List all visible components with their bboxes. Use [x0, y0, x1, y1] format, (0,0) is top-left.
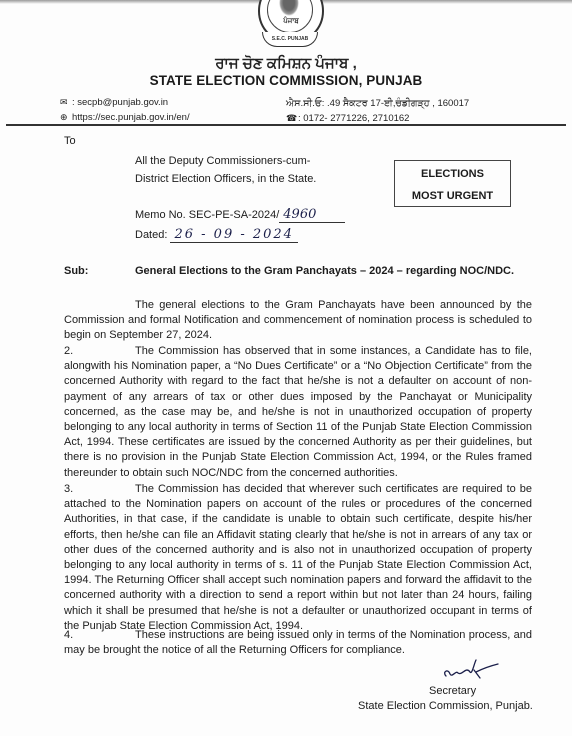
email-link[interactable]: : secpb@punjab.gov.in	[72, 97, 168, 108]
paragraph-4-number: 4.	[64, 628, 135, 643]
letter-page: ਪੰਜਾਬ S.E.C. PUNJAB ਰਾਜ ਚੋਣ ਕਮਿਸ਼ਨ ਪੰਜਾਬ…	[0, 0, 572, 736]
emblem-ribbon: S.E.C. PUNJAB	[262, 32, 318, 47]
priority-box: ELECTIONS MOST URGENT	[394, 160, 511, 207]
paragraph-1: The general elections to the Gram Pancha…	[64, 298, 532, 344]
address: ਐਸ.ਸੀ.ਓ: .49 ਸੈਕਟਰ 17-ਈ,ਚੰਡੀਗੜ੍ਹ , 16001…	[286, 96, 469, 111]
paragraph-1-text: The general elections to the Gram Pancha…	[64, 299, 532, 341]
signature	[440, 656, 500, 682]
paragraph-2: 2.The Commission has observed that in so…	[64, 344, 532, 481]
subject-label: Sub:	[64, 265, 88, 277]
email-row: ✉: secpb@punjab.gov.in	[60, 95, 190, 110]
addressee-line-2: District Election Officers, in the State…	[135, 170, 316, 188]
globe-icon: ⊕	[60, 110, 72, 125]
paragraph-4: 4.These instructions are being issued on…	[64, 628, 532, 658]
subject-text: General Elections to the Gram Panchayats…	[135, 265, 514, 277]
lion-capital-icon	[279, 0, 299, 16]
website-link[interactable]: https://sec.punjab.gov.in/en/	[72, 112, 190, 123]
title-english: STATE ELECTION COMMISSION, PUNJAB	[0, 73, 572, 88]
envelope-icon: ✉	[60, 95, 72, 110]
signatory-org: State Election Commission, Punjab.	[358, 700, 533, 712]
paragraph-3-number: 3.	[64, 482, 135, 497]
paragraph-3: 3.The Commission has decided that wherev…	[64, 482, 532, 634]
addressee: All the Deputy Commissioners-cum- Distri…	[135, 152, 316, 188]
priority-line-1: ELECTIONS	[395, 163, 510, 185]
memo-label: Memo No. SEC-PE-SA-2024/	[135, 209, 279, 221]
paragraph-4-text: These instructions are being issued only…	[64, 629, 532, 656]
signatory-title: Secretary	[429, 685, 476, 697]
dated-row: Dated: 26 - 09 - 2024	[135, 225, 345, 245]
header-divider	[6, 124, 566, 126]
memo-block: Memo No. SEC-PE-SA-2024/4960 Dated: 26 -…	[135, 205, 345, 245]
emblem-text: ਪੰਜਾਬ	[260, 18, 322, 26]
contact-right: ਐਸ.ਸੀ.ਓ: .49 ਸੈਕਟਰ 17-ਈ,ਚੰਡੀਗੜ੍ਹ , 16001…	[286, 96, 469, 126]
memo-row: Memo No. SEC-PE-SA-2024/4960	[135, 205, 345, 225]
title-punjabi: ਰਾਜ ਚੋਣ ਕਮਿਸ਼ਨ ਪੰਜਾਬ ,	[0, 55, 572, 72]
paragraph-3-text: The Commission has decided that wherever…	[64, 483, 532, 632]
paragraph-2-number: 2.	[64, 344, 135, 359]
to-label: To	[64, 135, 76, 147]
date-handwritten: 26 - 09 - 2024	[170, 228, 297, 243]
phone-numbers: : 0172- 2771226, 2710162	[298, 113, 409, 124]
priority-line-2: MOST URGENT	[395, 185, 510, 207]
paragraph-2-text: The Commission has observed that in some…	[64, 345, 532, 479]
website-row: ⊕https://sec.punjab.gov.in/en/	[60, 110, 190, 125]
contact-left: ✉: secpb@punjab.gov.in ⊕https://sec.punj…	[60, 95, 190, 125]
addressee-line-1: All the Deputy Commissioners-cum-	[135, 152, 316, 170]
dated-label: Dated:	[135, 229, 170, 241]
memo-number-handwritten: 4960	[279, 208, 345, 223]
